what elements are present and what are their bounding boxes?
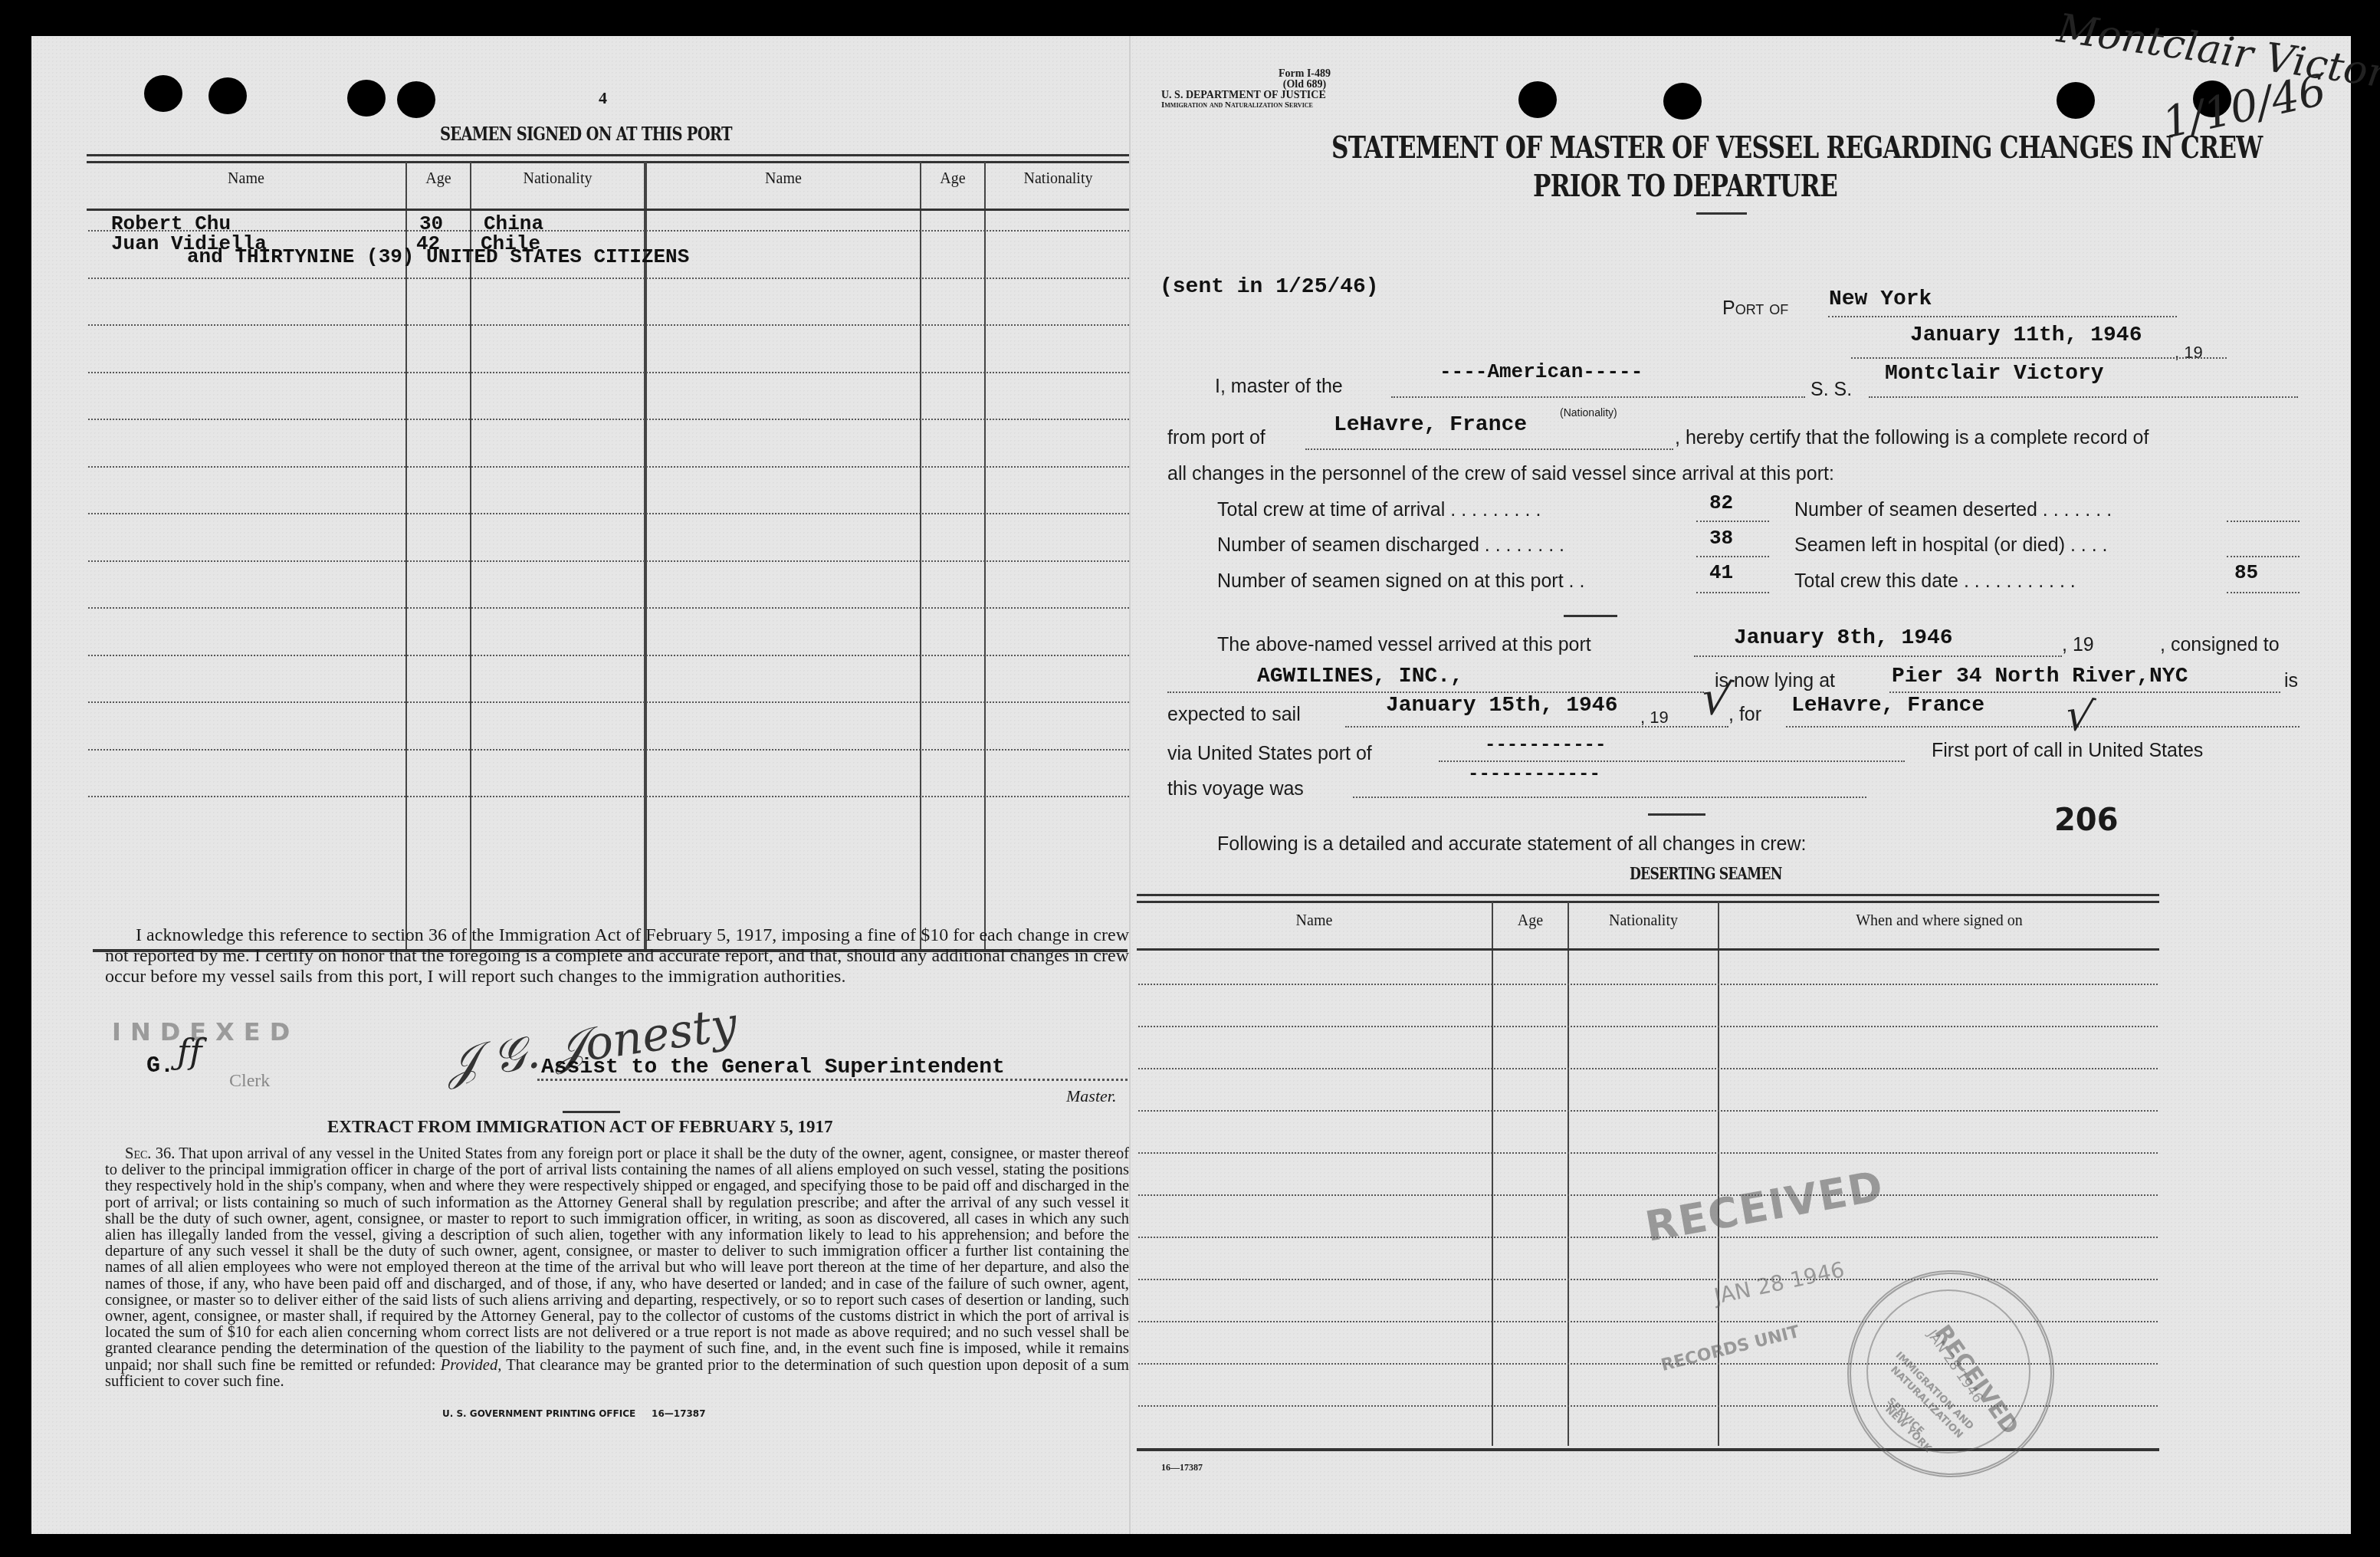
voyage-label: this voyage was xyxy=(1167,778,1304,800)
voyage-line xyxy=(1353,797,1866,798)
stat-value-discharged: 38 xyxy=(1709,527,1733,550)
lying-suffix: is xyxy=(2284,670,2298,692)
row-divider xyxy=(1138,1026,2158,1027)
section-label: Sec. 36. xyxy=(125,1145,175,1162)
stat-label-total-this-date: Total crew this date . . . . . . . . . .… xyxy=(1794,570,2076,593)
punch-hole xyxy=(208,77,247,114)
right-page: Form I-489 (Old 689) U. S. DEPARTMENT OF… xyxy=(1129,36,2351,1534)
row-divider xyxy=(88,278,1129,279)
title-rule xyxy=(1696,212,1747,215)
header-rule xyxy=(87,209,1131,211)
sail-suffix: , 19 xyxy=(1640,708,1669,728)
punch-hole xyxy=(1518,81,1557,118)
ss-label: S. S. xyxy=(1810,379,1852,401)
service-name: Immigration and Naturalization Service xyxy=(1161,100,1422,110)
certify-text: , hereby certify that the following is a… xyxy=(1675,427,2149,449)
stat-line xyxy=(2227,521,2300,522)
row-divider xyxy=(1138,1279,2158,1280)
port-value: New York xyxy=(1829,287,1932,311)
header-rule xyxy=(1137,948,2159,951)
punch-hole xyxy=(144,75,182,112)
column-header-age: Age xyxy=(1493,912,1568,930)
vessel-line xyxy=(1869,396,2298,398)
punch-hole xyxy=(1663,83,1702,120)
arrived-line xyxy=(1694,655,2062,657)
column-header-age: Age xyxy=(407,170,470,188)
stat-label-discharged: Number of seamen discharged . . . . . . … xyxy=(1217,534,1564,557)
signer-title: Assist to the General Superintendent xyxy=(541,1056,1005,1079)
punch-hole xyxy=(397,81,435,118)
stat-label-signed-on: Number of seamen signed on at this port … xyxy=(1217,570,1584,593)
extract-text: Sec. 36. That upon arrival of any vessel… xyxy=(105,1146,1129,1390)
row-divider xyxy=(88,701,1129,703)
row-divider xyxy=(1138,1194,2158,1196)
printer-line: U. S. GOVERNMENT PRINTING OFFICE 16—1738… xyxy=(442,1408,706,1419)
consigned-label: , consigned to xyxy=(2160,634,2280,656)
clerk-initials-handwritten: ƒf xyxy=(177,1033,202,1072)
sent-note: (sent in 1/25/46) xyxy=(1160,275,1379,299)
row-divider xyxy=(88,230,1129,232)
master-of-label: I, master of the xyxy=(1215,376,1343,398)
row-divider xyxy=(88,513,1129,514)
stat-line xyxy=(1696,592,1769,593)
via-label: via United States port of xyxy=(1167,743,1372,765)
row-divider xyxy=(1138,1152,2158,1154)
stat-label-total-arrival: Total crew at time of arrival . . . . . … xyxy=(1217,499,1541,521)
row-divider xyxy=(88,419,1129,420)
column-header-name: Name xyxy=(647,170,920,188)
row-divider xyxy=(88,324,1129,326)
column-header-nationality: Nationality xyxy=(986,170,1131,188)
sail-label: expected to sail xyxy=(1167,704,1301,726)
row-divider xyxy=(88,607,1129,609)
stat-value-signed-on: 41 xyxy=(1709,561,1733,584)
column-divider xyxy=(405,162,407,950)
consignee-value: AGWILINES, INC., xyxy=(1257,665,1463,688)
stat-line xyxy=(1696,556,1769,557)
voyage-value: ------------ xyxy=(1468,764,1600,785)
date-value: January 11th, 1946 xyxy=(1910,324,2142,347)
left-page: 4 SEAMEN SIGNED ON AT THIS PORT Name Age… xyxy=(31,36,1129,1534)
master-label: Master. xyxy=(1066,1086,1116,1106)
column-header-name: Name xyxy=(87,170,405,188)
certify-text-2: all changes in the personnel of the crew… xyxy=(1167,463,1834,485)
short-rule xyxy=(563,1111,620,1113)
date-suffix: , 19 xyxy=(2175,343,2203,363)
table-top-rule xyxy=(1137,894,2159,903)
punch-hole xyxy=(2057,82,2095,119)
table-top-rule xyxy=(87,154,1131,163)
first-port-label: First port of call in United States xyxy=(1932,740,2203,762)
voyage-rule xyxy=(1648,813,1705,816)
section-title: SEAMEN SIGNED ON AT THIS PORT xyxy=(440,123,732,145)
column-header-nationality: Nationality xyxy=(471,170,644,188)
form-title-line2: PRIOR TO DEPARTURE xyxy=(1533,168,1837,204)
via-value: ----------- xyxy=(1485,735,1606,756)
stamp-number: 206 xyxy=(2054,803,2119,838)
arrived-value: January 8th, 1946 xyxy=(1734,626,1953,650)
sail-value: January 15th, 1946 xyxy=(1386,694,1617,718)
column-divider xyxy=(644,162,647,950)
row-divider xyxy=(88,372,1129,373)
form-title-line1: STATEMENT OF MASTER OF VESSEL REGARDING … xyxy=(1331,130,2263,166)
received-date-stamp: JAN 28 1946 xyxy=(1712,1256,1847,1309)
punch-hole xyxy=(347,80,386,117)
row-divider xyxy=(88,749,1129,751)
nationality-line xyxy=(1391,396,1805,398)
nationality-caption: (Nationality) xyxy=(1560,406,1617,419)
via-line xyxy=(1439,760,1905,762)
row-divider xyxy=(1138,1110,2158,1112)
for-line xyxy=(1786,726,2300,728)
stat-line xyxy=(2227,592,2300,593)
following-text: Following is a detailed and accurate sta… xyxy=(1217,833,1806,856)
column-header-nationality: Nationality xyxy=(1569,912,1718,930)
stat-value-total-arrival: 82 xyxy=(1709,491,1733,514)
arrived-suffix: , 19 xyxy=(2062,634,2094,656)
column-divider xyxy=(470,162,471,950)
row-divider xyxy=(1138,1068,2158,1069)
nationality-value: ----American----- xyxy=(1439,360,1643,383)
for-value: LeHavre, France xyxy=(1791,694,1984,718)
arrived-label: The above-named vessel arrived at this p… xyxy=(1217,634,1591,656)
stat-label-hospital: Seamen left in hospital (or died) . . . … xyxy=(1794,534,2108,557)
clerk-label: Clerk xyxy=(229,1071,270,1092)
stat-line xyxy=(1696,521,1769,522)
round-received-stamp: RECEIVED JAN 28 1946 IMMIGRATION AND NAT… xyxy=(1847,1270,2054,1477)
form-code: 16—17387 xyxy=(1161,1462,1203,1473)
column-header-age: Age xyxy=(921,170,984,188)
row-divider xyxy=(1138,984,2158,985)
port-label: Port of xyxy=(1722,297,1788,320)
row-divider xyxy=(88,466,1129,468)
from-port-label: from port of xyxy=(1167,427,1266,449)
column-divider xyxy=(984,162,986,950)
vessel-name: Montclair Victory xyxy=(1885,362,2104,386)
stat-label-deserted: Number of seamen deserted . . . . . . . xyxy=(1794,499,2112,521)
from-port-value: LeHavre, France xyxy=(1334,413,1527,437)
stats-rule xyxy=(1564,615,1617,617)
indexed-stamp: INDEXED xyxy=(112,1017,299,1046)
deserting-title: DESERTING SEAMEN xyxy=(1630,864,1782,884)
signature-line xyxy=(537,1079,1128,1081)
records-unit-stamp: RECORDS UNIT xyxy=(1659,1322,1802,1375)
page-number: 4 xyxy=(599,88,607,108)
sail-line xyxy=(1345,726,1728,728)
extract-provided: Provided, xyxy=(441,1357,502,1374)
consignee-line xyxy=(1167,691,1704,693)
row-divider xyxy=(88,796,1129,797)
extract-title: EXTRACT FROM IMMIGRATION ACT OF FEBRUARY… xyxy=(327,1117,832,1137)
column-header-name: Name xyxy=(1137,912,1492,930)
stat-line xyxy=(2227,556,2300,557)
stat-value-total-this-date: 85 xyxy=(2234,561,2258,584)
from-port-line xyxy=(1305,448,1673,450)
for-label: , for xyxy=(1728,704,1761,726)
lying-value: Pier 34 North River,NYC xyxy=(1892,665,2188,688)
column-header-when-where: When and where signed on xyxy=(1719,912,2159,930)
acknowledgement-text: I acknowledge this reference to section … xyxy=(105,925,1129,987)
row-divider xyxy=(88,560,1129,562)
checkmark-icon: √ xyxy=(2062,689,2097,743)
column-divider xyxy=(920,162,921,950)
date-line xyxy=(1851,357,2227,359)
port-line xyxy=(1828,316,2177,317)
row-divider xyxy=(88,655,1129,656)
citizens-note: and THIRTYNINE (39) UNITED STATES CITIZE… xyxy=(187,245,689,268)
extract-body: That upon arrival of any vessel in the U… xyxy=(105,1145,1129,1374)
clerk-initial: G. xyxy=(146,1053,174,1079)
